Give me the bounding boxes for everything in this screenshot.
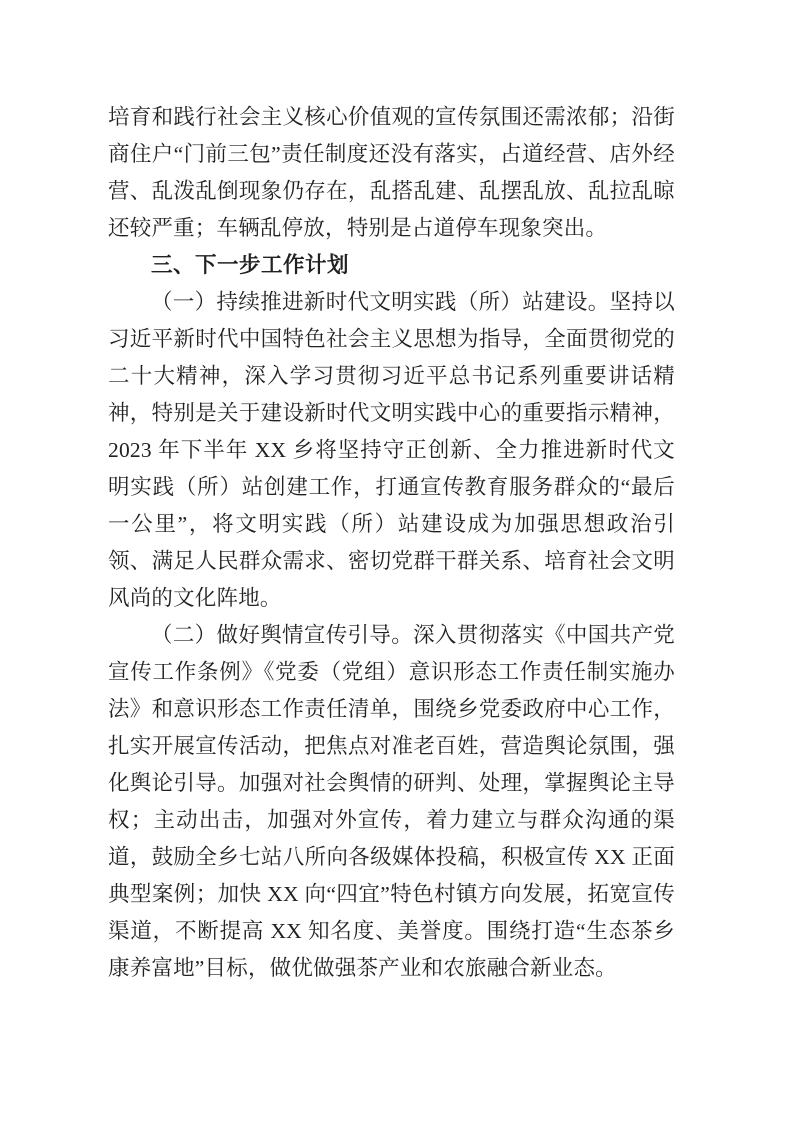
section-heading: 三、下一步工作计划 bbox=[108, 247, 675, 284]
continuation-paragraph: 培育和践行社会主义核心价值观的宣传氛围还需浓郁；沿街商住户“门前三包”责任制度还… bbox=[108, 99, 675, 247]
paragraph-plan-1: （一）持续推进新时代文明实践（所）站建设。坚持以习近平新时代中国特色社会主义思想… bbox=[108, 284, 675, 617]
paragraph-plan-2: （二）做好舆情宣传引导。深入贯彻落实《中国共产党宣传工作条例》《党委（党组）意识… bbox=[108, 617, 675, 987]
document-page: 培育和践行社会主义核心价值观的宣传氛围还需浓郁；沿街商住户“门前三包”责任制度还… bbox=[0, 0, 793, 1122]
